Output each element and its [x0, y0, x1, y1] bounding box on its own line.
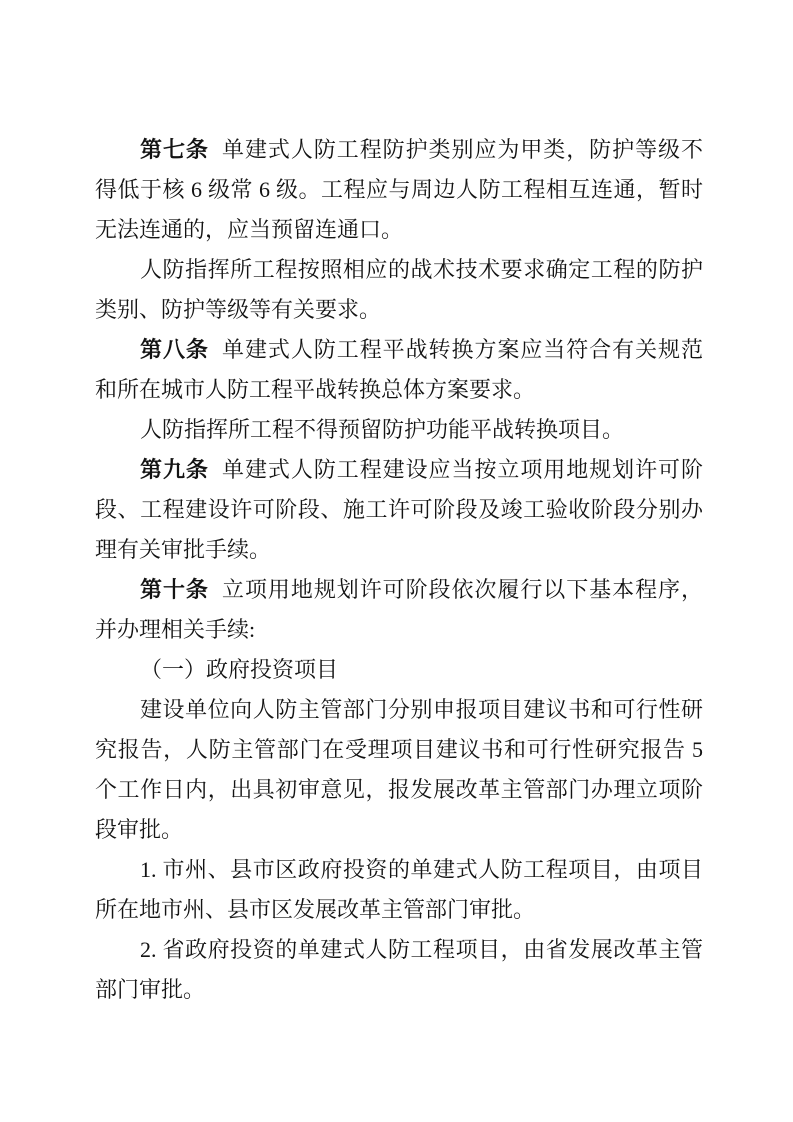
paragraph-point-1: 1. 市州、县市区政府投资的单建式人防工程项目，由项目所在地市州、县市区发展改革…	[95, 850, 703, 930]
paragraph-text: 建设单位向人防主管部门分别申报项目建议书和可行性研究报告，人防主管部门在受理项目…	[95, 697, 703, 842]
paragraph-command-post-protection: 人防指挥所工程按照相应的战术技术要求确定工程的防护类别、防护等级等有关要求。	[95, 250, 703, 330]
article-number-label: 第十条	[140, 577, 209, 602]
document-body: 第七条单建式人防工程防护类别应为甲类，防护等级不得低于核 6 级常 6 级。工程…	[95, 130, 703, 1010]
paragraph-text: 人防指挥所工程按照相应的战术技术要求确定工程的防护类别、防护等级等有关要求。	[95, 257, 703, 322]
document-page: 第七条单建式人防工程防护类别应为甲类，防护等级不得低于核 6 级常 6 级。工程…	[0, 0, 793, 1122]
paragraph-article-7: 第七条单建式人防工程防护类别应为甲类，防护等级不得低于核 6 级常 6 级。工程…	[95, 130, 703, 250]
paragraph-article-9: 第九条单建式人防工程建设应当按立项用地规划许可阶段、工程建设许可阶段、施工许可阶…	[95, 450, 703, 570]
paragraph-item-gov-investment-heading: （一）政府投资项目	[95, 650, 703, 690]
article-number-label: 第七条	[140, 137, 209, 162]
paragraph-article-10: 第十条立项用地规划许可阶段依次履行以下基本程序，并办理相关手续:	[95, 570, 703, 650]
article-number-label: 第九条	[140, 457, 209, 482]
paragraph-application-process: 建设单位向人防主管部门分别申报项目建议书和可行性研究报告，人防主管部门在受理项目…	[95, 690, 703, 850]
paragraph-point-2: 2. 省政府投资的单建式人防工程项目，由省发展改革主管部门审批。	[95, 930, 703, 1010]
paragraph-text: 2. 省政府投资的单建式人防工程项目，由省发展改革主管部门审批。	[95, 937, 703, 1002]
paragraph-command-post-conversion: 人防指挥所工程不得预留防护功能平战转换项目。	[95, 410, 703, 450]
paragraph-text: 人防指挥所工程不得预留防护功能平战转换项目。	[140, 417, 624, 442]
paragraph-article-8: 第八条单建式人防工程平战转换方案应当符合有关规范和所在城市人防工程平战转换总体方…	[95, 330, 703, 410]
article-number-label: 第八条	[140, 337, 209, 362]
paragraph-text: 1. 市州、县市区政府投资的单建式人防工程项目，由项目所在地市州、县市区发展改革…	[95, 857, 703, 922]
paragraph-text: （一）政府投资项目	[140, 657, 338, 682]
